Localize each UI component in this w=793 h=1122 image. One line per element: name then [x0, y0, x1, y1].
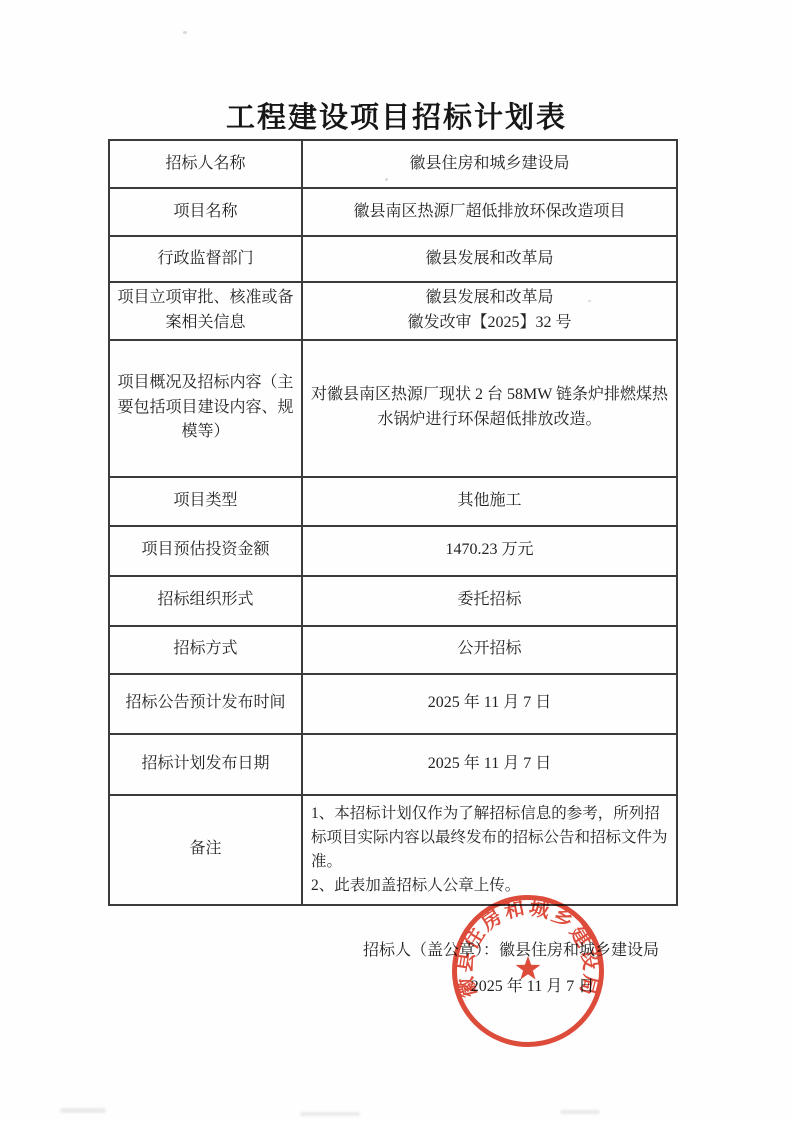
table-row: 项目概况及招标内容（主要包括项目建设内容、规模等） 对徽县南区热源厂现状 2 台… — [109, 340, 677, 477]
field-value: 公开招标 — [302, 626, 677, 674]
scan-smudge — [300, 1112, 360, 1116]
field-label: 招标计划发布日期 — [109, 734, 302, 795]
field-value: 2025 年 11 月 7 日 — [302, 734, 677, 795]
table-row: 招标组织形式 委托招标 — [109, 576, 677, 626]
approval-authority: 徽县发展和改革局 — [309, 286, 670, 311]
approval-number: 徽发改审【2025】32 号 — [309, 311, 670, 336]
field-value: 对徽县南区热源厂现状 2 台 58MW 链条炉排燃煤热水锅炉进行环保超低排放改造… — [302, 340, 677, 477]
field-value: 其他施工 — [302, 477, 677, 526]
table-row: 项目名称 徽县南区热源厂超低排放环保改造项目 — [109, 188, 677, 236]
field-value: 徽县南区热源厂超低排放环保改造项目 — [302, 188, 677, 236]
field-label: 招标人名称 — [109, 140, 302, 188]
scan-speck — [183, 31, 187, 34]
scan-smudge — [560, 1110, 600, 1114]
table-row: 招标人名称 徽县住房和城乡建设局 — [109, 140, 677, 188]
table-row: 项目立项审批、核准或备案相关信息 徽县发展和改革局 徽发改审【2025】32 号 — [109, 282, 677, 340]
table-row: 招标公告预计发布时间 2025 年 11 月 7 日 — [109, 674, 677, 734]
table-row: 招标方式 公开招标 — [109, 626, 677, 674]
scan-speck — [385, 178, 388, 181]
signature-date: 2025 年 11 月 7 日 — [405, 973, 660, 996]
table-row: 项目预估投资金额 1470.23 万元 — [109, 526, 677, 576]
field-label: 项目名称 — [109, 188, 302, 236]
bidding-plan-table: 招标人名称 徽县住房和城乡建设局 项目名称 徽县南区热源厂超低排放环保改造项目 … — [108, 139, 678, 906]
document-page: 工程建设项目招标计划表 招标人名称 徽县住房和城乡建设局 项目名称 徽县南区热源… — [0, 0, 793, 1122]
table-row: 招标计划发布日期 2025 年 11 月 7 日 — [109, 734, 677, 795]
field-value: 徽县发展和改革局 — [302, 236, 677, 282]
field-label: 项目类型 — [109, 477, 302, 526]
field-value: 2025 年 11 月 7 日 — [302, 674, 677, 734]
field-value: 徽县发展和改革局 徽发改审【2025】32 号 — [302, 282, 677, 340]
field-label: 项目预估投资金额 — [109, 526, 302, 576]
field-label: 项目立项审批、核准或备案相关信息 — [109, 282, 302, 340]
field-value: 徽县住房和城乡建设局 — [302, 140, 677, 188]
field-label: 备注 — [109, 795, 302, 905]
page-title: 工程建设项目招标计划表 — [0, 95, 793, 136]
field-value: 1470.23 万元 — [302, 526, 677, 576]
field-value: 委托招标 — [302, 576, 677, 626]
field-label: 招标组织形式 — [109, 576, 302, 626]
field-value: 1、本招标计划仅作为了解招标信息的参考，所列招标项目实际内容以最终发布的招标公告… — [302, 795, 677, 905]
remark-item: 2、此表加盖招标人公章上传。 — [311, 874, 668, 898]
field-label: 招标公告预计发布时间 — [109, 674, 302, 734]
remark-item: 1、本招标计划仅作为了解招标信息的参考，所列招标项目实际内容以最终发布的招标公告… — [311, 802, 668, 874]
scan-speck — [588, 300, 591, 302]
signature-line: 招标人（盖公章）：徽县住房和城乡建设局 — [363, 937, 668, 960]
table-row: 行政监督部门 徽县发展和改革局 — [109, 236, 677, 282]
signature-block: 招标人（盖公章）：徽县住房和城乡建设局 2025 年 11 月 7 日 — [363, 937, 668, 996]
field-label: 招标方式 — [109, 626, 302, 674]
table-row: 备注 1、本招标计划仅作为了解招标信息的参考，所列招标项目实际内容以最终发布的招… — [109, 795, 677, 905]
table-row: 项目类型 其他施工 — [109, 477, 677, 526]
field-label: 行政监督部门 — [109, 236, 302, 282]
scan-smudge — [60, 1108, 106, 1113]
field-label: 项目概况及招标内容（主要包括项目建设内容、规模等） — [109, 340, 302, 477]
